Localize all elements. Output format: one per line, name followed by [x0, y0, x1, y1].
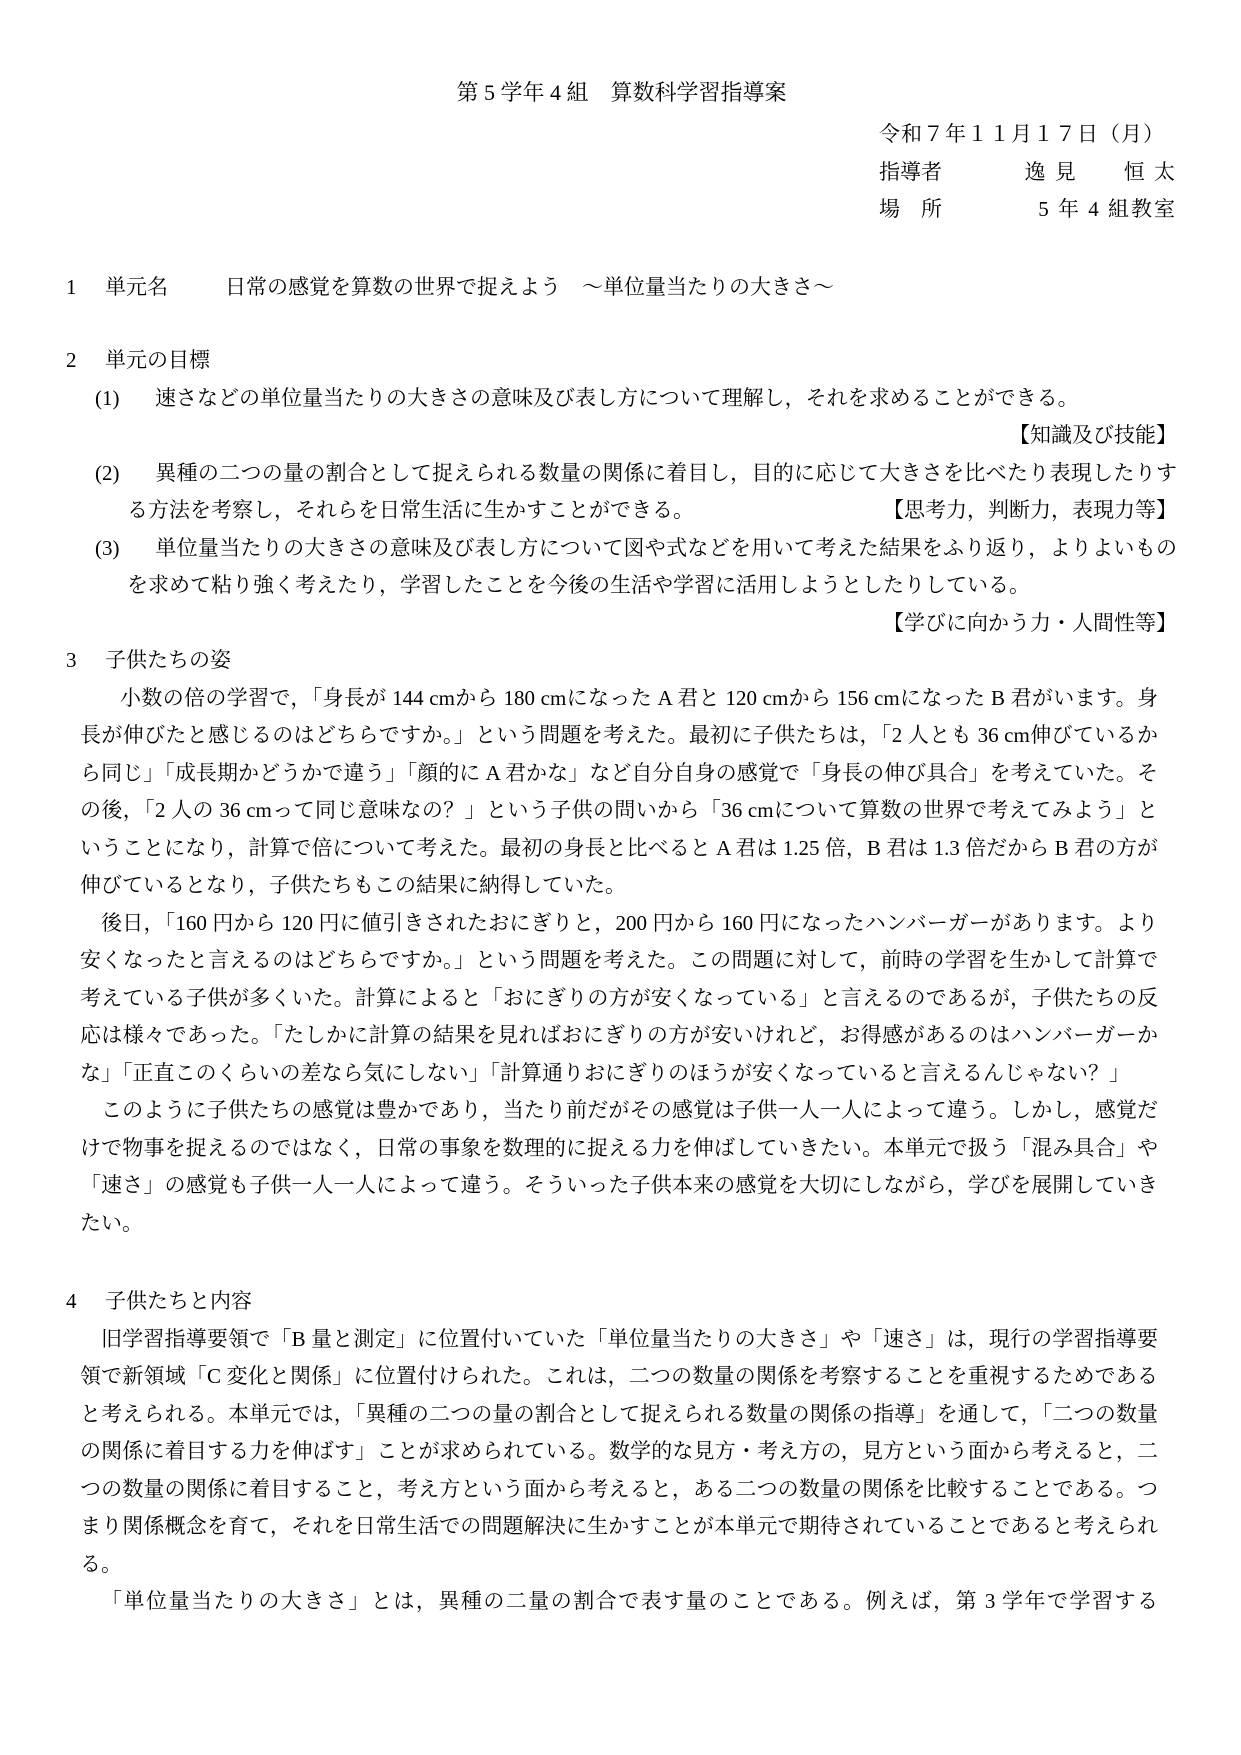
- section-heading-text: 単元の目標: [105, 348, 210, 372]
- goal-item-2: (2)異種の二つの量の割合として捉えられる数量の関係に着目し，目的に応じて大きさ…: [66, 455, 1177, 530]
- section-number: 3: [66, 642, 105, 680]
- paragraph: このように子供たちの感覚は豊かであり，当たり前だがその感覚は子供一人一人によって…: [80, 1092, 1158, 1242]
- section-number: 4: [66, 1283, 105, 1321]
- goal-competency-tag: 【学びに向かう力・人間性等】: [883, 605, 1177, 643]
- goal-text: 速さなどの単位量当たりの大きさの意味及び表し方について理解し，それを求めることが…: [155, 386, 1079, 410]
- location-value: 5 年 4 組教室: [1038, 191, 1177, 229]
- section-number: 2: [66, 342, 105, 380]
- goal-number: (3): [95, 530, 155, 568]
- location-label: 場 所: [879, 191, 942, 229]
- unit-name-label: 単元名: [105, 269, 225, 307]
- date-line: 令和７年１１月１７日（月）: [879, 116, 1177, 154]
- goal-number: (1): [95, 380, 155, 418]
- instructor-line: 指導者 逸 見 恒 太: [879, 154, 1177, 192]
- section-heading: 2単元の目標: [66, 342, 1177, 380]
- section-children-profile: 3子供たちの姿 小数の倍の学習で，「身長が 144 cmから 180 cmになっ…: [66, 642, 1177, 1242]
- location-line: 場 所 5 年 4 組教室: [879, 191, 1177, 229]
- paragraph: 後日，「160 円から 120 円に値引きされたおにぎりと，200 円から 16…: [80, 905, 1158, 1093]
- date-text: 令和７年１１月１７日（月）: [879, 116, 1165, 154]
- goal-number: (2): [95, 455, 155, 493]
- section-heading: 4子供たちと内容: [66, 1283, 1177, 1321]
- section-unit-name: 1単元名日常の感覚を算数の世界で捉えよう ～単位量当たりの大きさ～: [66, 269, 1177, 307]
- document-page: 第 5 学年 4 組 算数科学習指導案 令和７年１１月１７日（月） 指導者 逸 …: [0, 0, 1241, 1755]
- goal-text: 単位量当たりの大きさの意味及び表し方について図や式などを用いて考えた結果をふり返…: [127, 536, 1177, 598]
- instructor-label: 指導者: [879, 154, 942, 192]
- goal-competency-tag: 【思考力，判断力，表現力等】: [883, 492, 1177, 530]
- section-heading-text: 子供たちの姿: [105, 648, 231, 672]
- goal-item-3: (3)単位量当たりの大きさの意味及び表し方について図や式などを用いて考えた結果を…: [66, 530, 1177, 643]
- section-heading-text: 子供たちと内容: [105, 1289, 252, 1313]
- paragraph: 「単位量当たりの大きさ」とは，異種の二量の割合で表す量のことである。例えば，第 …: [80, 1583, 1158, 1621]
- header-info: 令和７年１１月１７日（月） 指導者 逸 見 恒 太 場 所 5 年 4 組教室: [879, 116, 1177, 229]
- unit-name-value: 日常の感覚を算数の世界で捉えよう ～単位量当たりの大きさ～: [225, 275, 834, 299]
- section-heading: 3子供たちの姿: [66, 642, 1177, 680]
- section-children-content: 4子供たちと内容 旧学習指導要領で「B 量と測定」に位置付いていた「単位量当たり…: [66, 1283, 1177, 1621]
- goal-competency-tag: 【知識及び技能】: [1009, 417, 1177, 455]
- instructor-name: 逸 見 恒 太: [1025, 154, 1178, 192]
- section-number: 1: [66, 269, 105, 307]
- document-title: 第 5 学年 4 組 算数科学習指導案: [66, 74, 1177, 112]
- paragraph: 旧学習指導要領で「B 量と測定」に位置付いていた「単位量当たりの大きさ」や「速さ…: [80, 1321, 1158, 1584]
- section-unit-goals: 2単元の目標 (1)速さなどの単位量当たりの大きさの意味及び表し方について理解し…: [66, 342, 1177, 642]
- goal-item-1: (1)速さなどの単位量当たりの大きさの意味及び表し方について理解し，それを求める…: [66, 380, 1177, 455]
- paragraph: 小数の倍の学習で，「身長が 144 cmから 180 cmになった A 君と 1…: [80, 680, 1158, 905]
